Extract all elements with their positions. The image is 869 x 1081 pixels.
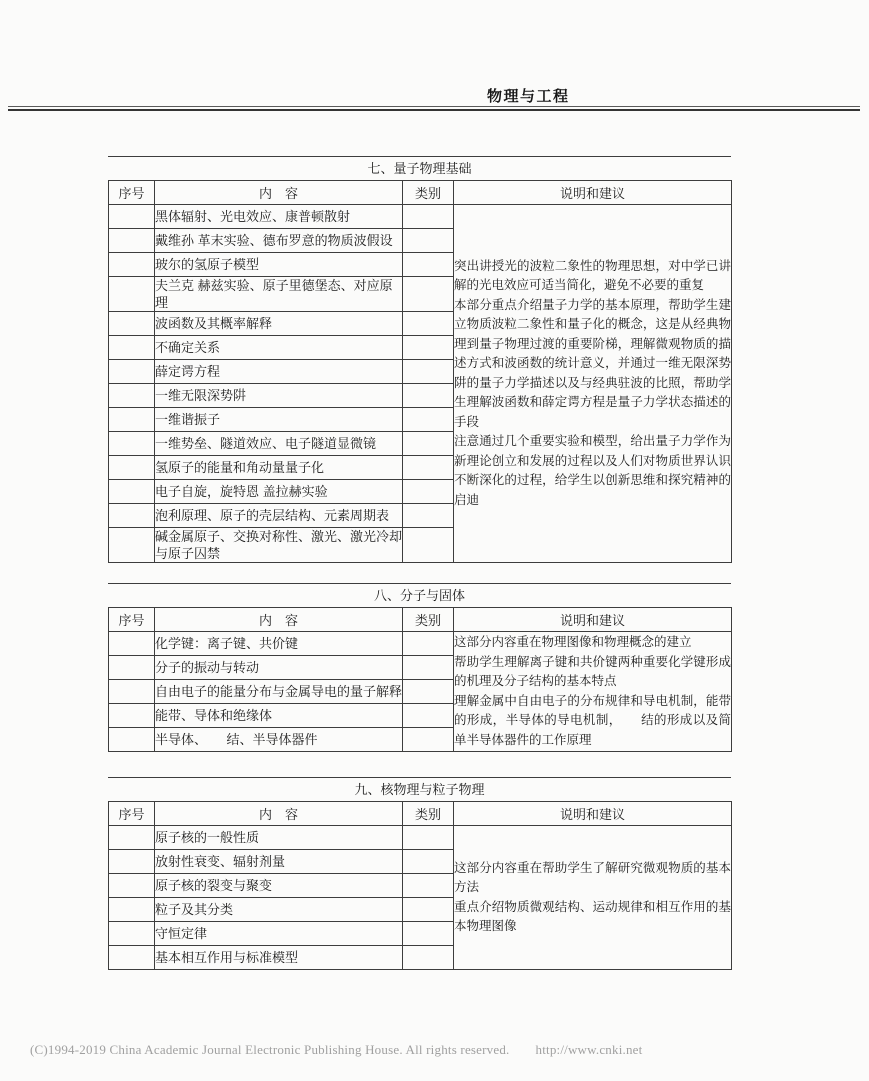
row-category-cell	[403, 704, 454, 728]
notes-cell: 这部分内容重在物理图像和物理概念的建立帮助学生理解离子键和共价键两种重要化学键形…	[454, 632, 732, 752]
row-number-cell	[109, 360, 155, 384]
notes-cell: 突出讲授光的波粒二象性的物理思想，对中学已讲解的光电效应可适当简化，避免不必要的…	[454, 205, 732, 563]
row-category-cell	[403, 480, 454, 504]
row-content-cell: 电子自旋，旋特恩 盖拉赫实验	[155, 480, 403, 504]
row-number-cell	[109, 432, 155, 456]
notes-cell: 这部分内容重在帮助学生了解研究微观物质的基本方法重点介绍物质微观结构、运动规律和…	[454, 826, 732, 970]
column-header-category: 类别	[403, 802, 454, 826]
row-content-cell: 黑体辐射、光电效应、康普顿散射	[155, 205, 403, 229]
row-number-cell	[109, 456, 155, 480]
row-category-cell	[403, 632, 454, 656]
table-row: 化学键：离子键、共价键这部分内容重在物理图像和物理概念的建立帮助学生理解离子键和…	[109, 632, 732, 656]
row-number-cell	[109, 632, 155, 656]
row-content-cell: 原子核的裂变与聚变	[155, 874, 403, 898]
column-header-content: 内 容	[155, 181, 403, 205]
row-content-cell: 一维无限深势阱	[155, 384, 403, 408]
row-category-cell	[403, 656, 454, 680]
row-content-cell: 粒子及其分类	[155, 898, 403, 922]
column-header-category: 类别	[403, 608, 454, 632]
row-number-cell	[109, 728, 155, 752]
row-number-cell	[109, 408, 155, 432]
row-number-cell	[109, 336, 155, 360]
row-number-cell	[109, 680, 155, 704]
row-content-cell: 自由电子的能量分布与金属导电的量子解释	[155, 680, 403, 704]
row-category-cell	[403, 874, 454, 898]
column-header-number: 序号	[109, 608, 155, 632]
row-number-cell	[109, 384, 155, 408]
row-number-cell	[109, 253, 155, 277]
row-content-cell: 能带、导体和绝缘体	[155, 704, 403, 728]
row-content-cell: 分子的振动与转动	[155, 656, 403, 680]
row-content-cell: 化学键：离子键、共价键	[155, 632, 403, 656]
page-title: 物理与工程	[487, 85, 570, 106]
column-header-content: 内 容	[155, 608, 403, 632]
table-header-row: 序号 内 容 类别 说明和建议	[109, 608, 732, 632]
row-category-cell	[403, 826, 454, 850]
note-paragraph: 理解金属中自由电子的分布规律和导电机制，能带的形成，半导体的导电机制， 结的形成…	[454, 692, 731, 751]
row-content-cell: 氢原子的能量和角动量量子化	[155, 456, 403, 480]
note-paragraph: 重点介绍物质微观结构、运动规律和相互作用的基本物理图像	[454, 898, 731, 937]
row-number-cell	[109, 277, 155, 312]
column-header-category: 类别	[403, 181, 454, 205]
row-category-cell	[403, 850, 454, 874]
row-category-cell	[403, 504, 454, 528]
table-title: 八、分子与固体	[108, 583, 731, 607]
table-row: 原子核的一般性质这部分内容重在帮助学生了解研究微观物质的基本方法重点介绍物质微观…	[109, 826, 732, 850]
row-content-cell: 泡利原理、原子的壳层结构、元素周期表	[155, 504, 403, 528]
note-paragraph: 这部分内容重在帮助学生了解研究微观物质的基本方法	[454, 859, 731, 898]
row-number-cell	[109, 946, 155, 970]
row-content-cell: 戴维孙 革末实验、德布罗意的物质波假设	[155, 229, 403, 253]
row-category-cell	[403, 384, 454, 408]
row-category-cell	[403, 408, 454, 432]
row-content-cell: 玻尔的氢原子模型	[155, 253, 403, 277]
table-title: 九、核物理与粒子物理	[108, 777, 731, 801]
row-content-cell: 放射性衰变、辐射剂量	[155, 850, 403, 874]
note-paragraph: 本部分重点介绍量子力学的基本原理，帮助学生建立物质波粒二象性和量子化的概念，这是…	[454, 296, 731, 433]
column-header-number: 序号	[109, 181, 155, 205]
column-header-notes: 说明和建议	[454, 608, 732, 632]
note-paragraph: 帮助学生理解离子键和共价键两种重要化学键形成的机理及分子结构的基本特点	[454, 653, 731, 692]
table-nuclear-particle: 九、核物理与粒子物理 序号 内 容 类别 说明和建议 原子核的一般性质这部分内容…	[108, 777, 731, 970]
row-number-cell	[109, 898, 155, 922]
row-category-cell	[403, 432, 454, 456]
row-category-cell	[403, 312, 454, 336]
journal-page: 物理与工程 七、量子物理基础 序号 内 容 类别 说明和建议 黑体辐射、光电效应…	[0, 0, 869, 1081]
row-category-cell	[403, 277, 454, 312]
row-category-cell	[403, 898, 454, 922]
row-category-cell	[403, 456, 454, 480]
row-content-cell: 波函数及其概率解释	[155, 312, 403, 336]
note-paragraph: 注意通过几个重要实验和模型，给出量子力学作为新理论创立和发展的过程以及人们对物质…	[454, 432, 731, 510]
table-header-row: 序号 内 容 类别 说明和建议	[109, 802, 732, 826]
row-content-cell: 夫兰克 赫兹实验、原子里德堡态、对应原理	[155, 277, 403, 312]
row-category-cell	[403, 336, 454, 360]
row-number-cell	[109, 874, 155, 898]
row-number-cell	[109, 229, 155, 253]
row-category-cell	[403, 253, 454, 277]
copyright-text: (C)1994-2019 China Academic Journal Elec…	[30, 1042, 510, 1057]
row-content-cell: 一维势垒、隧道效应、电子隧道显微镜	[155, 432, 403, 456]
note-paragraph: 突出讲授光的波粒二象性的物理思想，对中学已讲解的光电效应可适当简化，避免不必要的…	[454, 257, 731, 296]
row-content-cell: 基本相互作用与标准模型	[155, 946, 403, 970]
row-number-cell	[109, 312, 155, 336]
row-content-cell: 碱金属原子、交换对称性、激光、激光冷却与原子囚禁	[155, 528, 403, 563]
row-number-cell	[109, 504, 155, 528]
row-number-cell	[109, 850, 155, 874]
row-number-cell	[109, 826, 155, 850]
row-category-cell	[403, 922, 454, 946]
row-number-cell	[109, 528, 155, 563]
row-category-cell	[403, 528, 454, 563]
row-category-cell	[403, 205, 454, 229]
column-header-number: 序号	[109, 802, 155, 826]
row-category-cell	[403, 229, 454, 253]
note-paragraph: 这部分内容重在物理图像和物理概念的建立	[454, 633, 731, 653]
row-number-cell	[109, 922, 155, 946]
row-content-cell: 不确定关系	[155, 336, 403, 360]
table-title: 七、量子物理基础	[108, 156, 731, 180]
table-molecules-solids: 八、分子与固体 序号 内 容 类别 说明和建议 化学键：离子键、共价键这部分内容…	[108, 583, 731, 752]
column-header-content: 内 容	[155, 802, 403, 826]
row-content-cell: 守恒定律	[155, 922, 403, 946]
row-content-cell: 一维谐振子	[155, 408, 403, 432]
table-header-row: 序号 内 容 类别 说明和建议	[109, 181, 732, 205]
row-content-cell: 薛定谔方程	[155, 360, 403, 384]
row-number-cell	[109, 205, 155, 229]
footer: (C)1994-2019 China Academic Journal Elec…	[30, 1042, 642, 1058]
table-row: 黑体辐射、光电效应、康普顿散射突出讲授光的波粒二象性的物理思想，对中学已讲解的光…	[109, 205, 732, 229]
cnki-url: http://www.cnki.net	[536, 1042, 643, 1057]
row-category-cell	[403, 680, 454, 704]
row-category-cell	[403, 360, 454, 384]
row-category-cell	[403, 728, 454, 752]
row-number-cell	[109, 480, 155, 504]
row-number-cell	[109, 656, 155, 680]
row-number-cell	[109, 704, 155, 728]
row-content-cell: 原子核的一般性质	[155, 826, 403, 850]
row-content-cell: 半导体、 结、半导体器件	[155, 728, 403, 752]
column-header-notes: 说明和建议	[454, 181, 732, 205]
column-header-notes: 说明和建议	[454, 802, 732, 826]
header-divider	[8, 106, 860, 111]
table-quantum-basics: 七、量子物理基础 序号 内 容 类别 说明和建议 黑体辐射、光电效应、康普顿散射…	[108, 156, 731, 563]
row-category-cell	[403, 946, 454, 970]
